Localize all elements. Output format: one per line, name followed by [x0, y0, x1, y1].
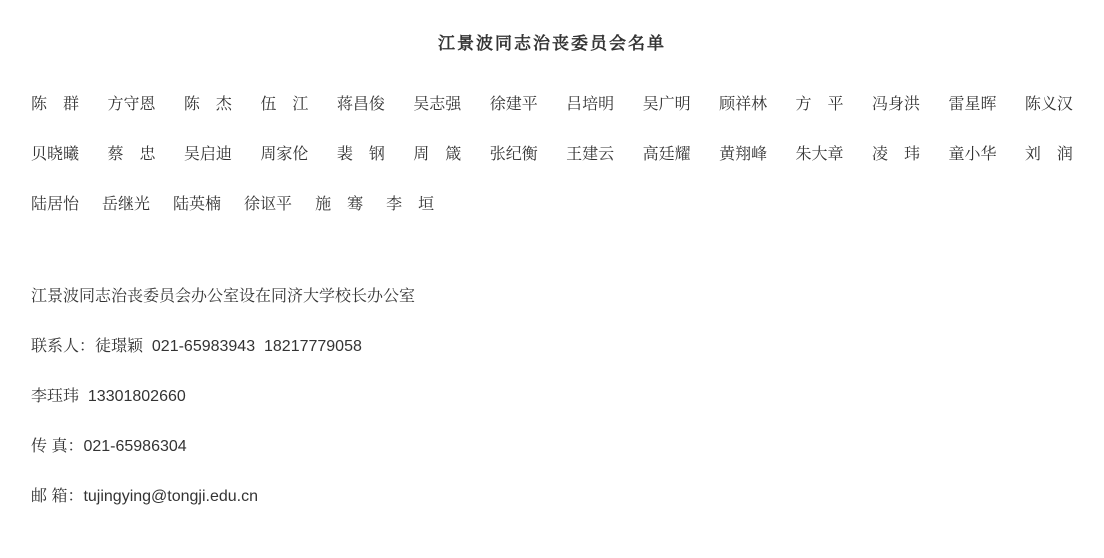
committee-member-name: 陈 杰	[184, 96, 232, 113]
committee-name-list: 陈 群方守恩陈 杰伍 江蒋昌俊吴志强徐建平吕培明吴广明顾祥林方 平冯身洪雷星晖陈…	[31, 96, 1073, 213]
committee-member-name: 陆居怡	[31, 196, 79, 213]
committee-member-name: 刘 润	[1025, 146, 1073, 163]
committee-member-name: 凌 玮	[872, 146, 920, 163]
committee-member-name: 顾祥林	[719, 96, 767, 113]
name-row: 陈 群方守恩陈 杰伍 江蒋昌俊吴志强徐建平吕培明吴广明顾祥林方 平冯身洪雷星晖陈…	[31, 96, 1073, 113]
committee-member-name: 贝晓曦	[31, 146, 79, 163]
committee-member-name: 施 骞	[315, 196, 363, 213]
committee-member-name: 陈 群	[31, 96, 79, 113]
committee-member-name: 周 箴	[413, 146, 461, 163]
committee-member-name: 朱大章	[796, 146, 844, 163]
committee-member-name: 吴广明	[643, 96, 691, 113]
committee-member-name: 张纪衡	[490, 146, 538, 163]
committee-member-name: 吴启迪	[184, 146, 232, 163]
committee-member-name: 蔡 忠	[107, 146, 155, 163]
committee-member-name: 李 垣	[386, 196, 434, 213]
committee-member-name: 陈义汉	[1025, 96, 1073, 113]
committee-member-name: 方守恩	[107, 96, 155, 113]
contact-section: 联系人：徒璟颖 021-65983943 18217779058李珏玮 1330…	[31, 338, 1073, 505]
committee-member-name: 吴志强	[413, 96, 461, 113]
name-row: 贝晓曦蔡 忠吴启迪周家伦裴 钢周 箴张纪衡王建云高廷耀黄翔峰朱大章凌 玮童小华刘…	[31, 146, 1073, 163]
page-title: 江景波同志治丧委员会名单	[31, 33, 1073, 55]
committee-member-name: 黄翔峰	[719, 146, 767, 163]
committee-member-name: 徐讴平	[244, 196, 292, 213]
office-note: 江景波同志治丧委员会办公室设在同济大学校长办公室	[31, 288, 1073, 305]
memorial-notice-page: 江景波同志治丧委员会名单 陈 群方守恩陈 杰伍 江蒋昌俊吴志强徐建平吕培明吴广明…	[0, 33, 1104, 505]
contact-line: 联系人：徒璟颖 021-65983943 18217779058	[31, 338, 1073, 355]
committee-member-name: 冯身洪	[872, 96, 920, 113]
committee-member-name: 吕培明	[566, 96, 614, 113]
committee-member-name: 徐建平	[490, 96, 538, 113]
contact-line: 李珏玮 13301802660	[31, 388, 1073, 405]
committee-member-name: 王建云	[566, 146, 614, 163]
committee-member-name: 周家伦	[260, 146, 308, 163]
committee-member-name: 童小华	[948, 146, 996, 163]
committee-member-name: 裴 钢	[337, 146, 385, 163]
committee-member-name: 伍 江	[260, 96, 308, 113]
committee-member-name: 雷星晖	[948, 96, 996, 113]
name-row: 陆居怡岳继光陆英楠徐讴平施 骞李 垣	[31, 196, 1073, 213]
committee-member-name: 陆英楠	[173, 196, 221, 213]
committee-member-name: 蒋昌俊	[337, 96, 385, 113]
contact-line: 邮 箱：tujingying@tongji.edu.cn	[31, 488, 1073, 505]
committee-member-name: 高廷耀	[643, 146, 691, 163]
contact-line: 传 真：021-65986304	[31, 438, 1073, 455]
committee-member-name: 方 平	[796, 96, 844, 113]
committee-member-name: 岳继光	[102, 196, 150, 213]
